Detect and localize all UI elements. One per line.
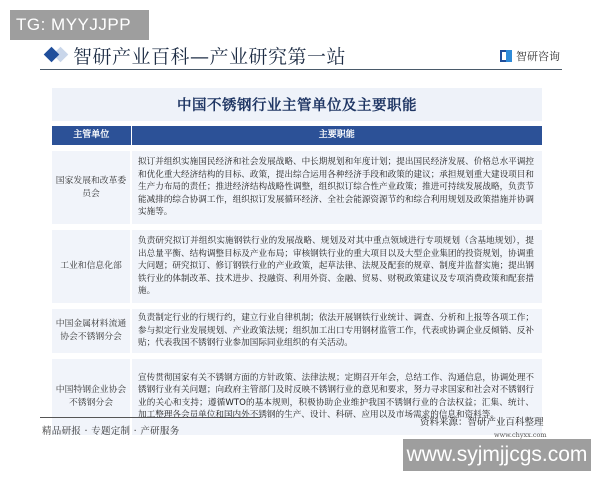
column-header-duty: 主要职能: [131, 126, 542, 148]
footer-divider: [40, 417, 260, 418]
brand-name: 智研咨询: [516, 48, 560, 64]
table-row: 工业和信息化部 负责研究拟订并组织实施钢铁行业的发展战略、规划及对其中重点领域进…: [52, 227, 542, 306]
unit-cell: 国家发展和改革委员会: [52, 148, 131, 227]
zhiyan-logo-icon: [500, 50, 512, 62]
duty-cell: 拟订并组织实施国民经济和社会发展战略、中长期规划和年度计划；提出国民经济发展、价…: [131, 148, 542, 227]
page-header: 智研产业百科—产业研究第一站 智研咨询: [40, 40, 562, 70]
document-title-card: 中国不锈钢行业主管单位及主要职能: [52, 88, 542, 121]
document-title: 中国不锈钢行业主管单位及主要职能: [177, 94, 417, 115]
source-note: 资料来源：智研产业百科整理: [420, 414, 544, 428]
duties-table: 主管单位 主要职能 国家发展和改革委员会 拟订并组织实施国民经济和社会发展战略、…: [52, 126, 542, 435]
unit-cell: 工业和信息化部: [52, 227, 131, 306]
duty-cell: 负责研究拟订并组织实施钢铁行业的发展战略、规划及对其中重点领域进行专项规划（含基…: [131, 227, 542, 306]
watermark-tg: TG: MYYJJPP: [10, 10, 149, 40]
column-header-unit: 主管单位: [52, 126, 131, 148]
header-title: 智研产业百科—产业研究第一站: [73, 42, 346, 69]
footer-tagline: 精品研报 · 专题定制 · 产研服务: [42, 423, 180, 437]
watermark-url: www.syjmjjcgs.com: [403, 439, 591, 471]
unit-cell: 中国金属材料流通协会不锈钢分会: [52, 306, 131, 356]
table-row: 国家发展和改革委员会 拟订并组织实施国民经济和社会发展战略、中长期规划和年度计划…: [52, 148, 542, 227]
duty-cell: 负责制定行业的行规行约，建立行业自律机制；依法开展钢铁行业统计、调查、分析和上报…: [131, 306, 542, 356]
source-url: www.chyxx.com: [494, 431, 547, 439]
brand: 智研咨询: [500, 48, 560, 64]
table-row: 中国金属材料流通协会不锈钢分会 负责制定行业的行规行约，建立行业自律机制；依法开…: [52, 306, 542, 356]
table-header-row: 主管单位 主要职能: [52, 126, 542, 148]
